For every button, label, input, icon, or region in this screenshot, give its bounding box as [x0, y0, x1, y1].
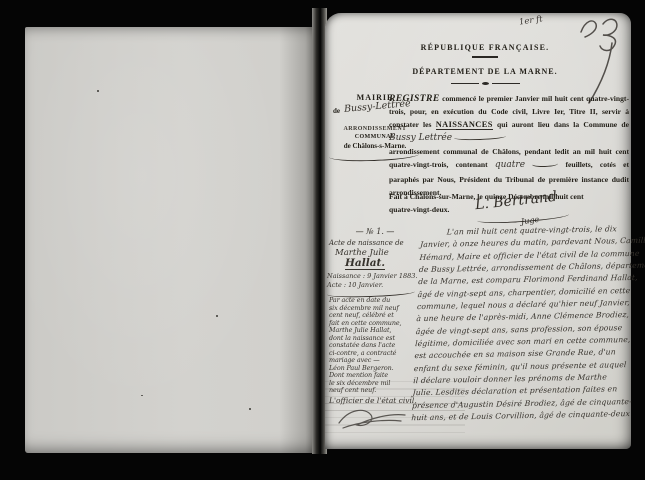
paper-speck [249, 408, 251, 410]
header-rule [472, 56, 498, 58]
commune-name-handwritten-inline: Bussy Lettrée [389, 133, 452, 143]
register-notice: REGISTRE commencé le premier Janvier mil… [389, 92, 629, 199]
mairie-de-label: de [333, 107, 340, 115]
act-body-text: L'an mil huit cent quatre-vingt-trois, l… [411, 223, 633, 425]
paper-speck [97, 90, 99, 92]
register-page: 1er ft RÉPUBLIQUE FRANÇAISE. DÉPARTEMENT… [325, 13, 631, 449]
pen-stroke [454, 133, 506, 141]
officer-line: L'officier de l'état civil, [329, 396, 417, 405]
ornament-divider [443, 82, 527, 85]
paper-speck [216, 315, 218, 317]
marginal-mention: Par acte en date du six décembre mil neu… [329, 297, 421, 395]
folio-annotation: 1er ft [518, 14, 543, 27]
officer-signature-icon [335, 405, 413, 433]
left-blank-page [25, 27, 314, 453]
act-date-note: Acte : 10 Janvier. [327, 281, 383, 289]
feuillet-count-handwritten: quatre [495, 160, 525, 170]
registre-word: REGISTRE [389, 93, 440, 104]
act-number: — № 1. — [333, 227, 417, 236]
act-margin-surname: Hallat. [345, 257, 385, 270]
act-margin-title: Acte de naissance de [329, 239, 404, 247]
notice-text: qui auront lieu dans la Commune de [497, 120, 629, 129]
naissances-word: NAISSANCES [436, 120, 493, 130]
paper-speck [141, 395, 143, 396]
birth-date-note: Naissance : 9 Janvier 1883. [327, 272, 417, 280]
scan-viewport: { "colors": { "background": "#050505", "… [0, 0, 645, 480]
pen-stroke [532, 161, 558, 168]
republic-heading: RÉPUBLIQUE FRANÇAISE. [345, 43, 625, 52]
department-heading: DÉPARTEMENT DE LA MARNE. [345, 67, 625, 76]
